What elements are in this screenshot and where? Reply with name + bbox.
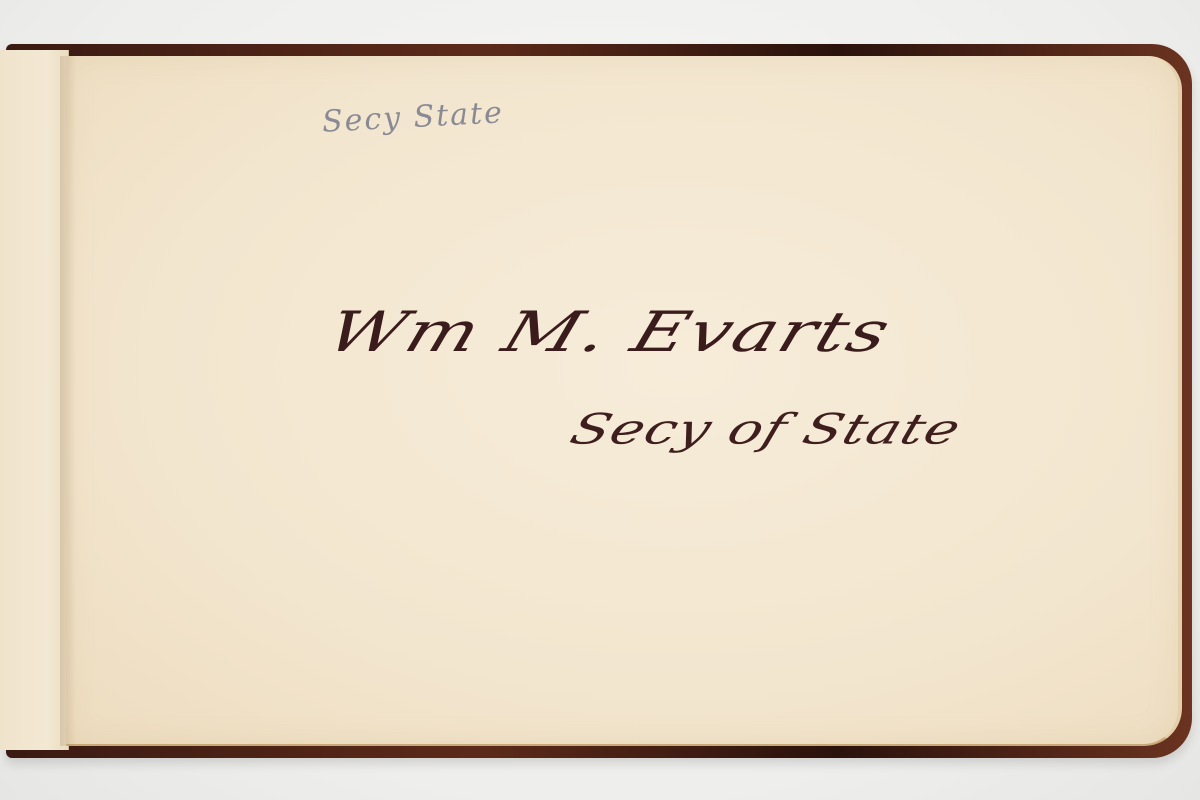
left-page [0, 50, 69, 750]
spine-gutter [60, 56, 76, 746]
ink-signature: Wm M. Evarts [319, 300, 900, 365]
signature-title: Secy of State [564, 405, 967, 454]
right-page [66, 56, 1182, 746]
